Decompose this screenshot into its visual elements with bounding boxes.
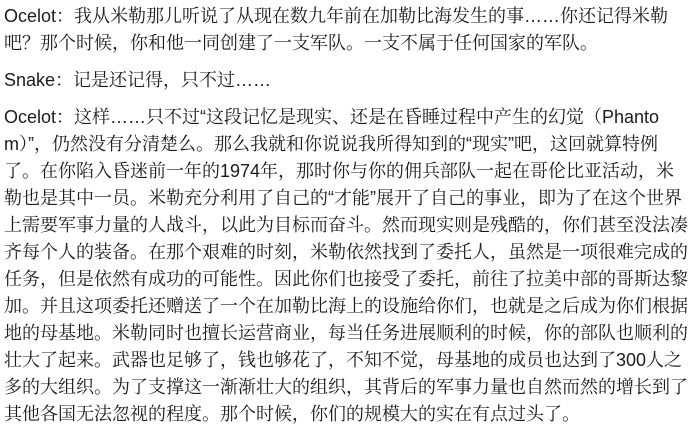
dialogue-text: 这样……只不过“这段记忆是现实、还是在昏睡过程中产生的幻觉（Phantom）”，… — [4, 107, 688, 424]
dialogue-text: 记是还记得，只不过…… — [73, 70, 271, 90]
speaker-label-snake: Snake： — [4, 70, 73, 90]
page: { "page": { "background_color": "#ffffff… — [0, 0, 695, 430]
dialogue-text: 我从米勒那儿听说了从现在数九年前在加勒比海发生的事……你还记得米勒吧？那个时候，… — [4, 6, 668, 53]
dialogue-paragraph-ocelot-2: Ocelot：这样……只不过“这段记忆是现实、还是在昏睡过程中产生的幻觉（Pha… — [4, 104, 690, 428]
dialogue-transcript: Ocelot：我从米勒那儿听说了从现在数九年前在加勒比海发生的事……你还记得米勒… — [0, 0, 695, 430]
speaker-label-ocelot: Ocelot： — [4, 107, 74, 127]
speaker-label-ocelot: Ocelot： — [4, 6, 74, 26]
dialogue-paragraph-ocelot-1: Ocelot：我从米勒那儿听说了从现在数九年前在加勒比海发生的事……你还记得米勒… — [4, 3, 690, 57]
dialogue-paragraph-snake: Snake：记是还记得，只不过…… — [4, 67, 690, 94]
